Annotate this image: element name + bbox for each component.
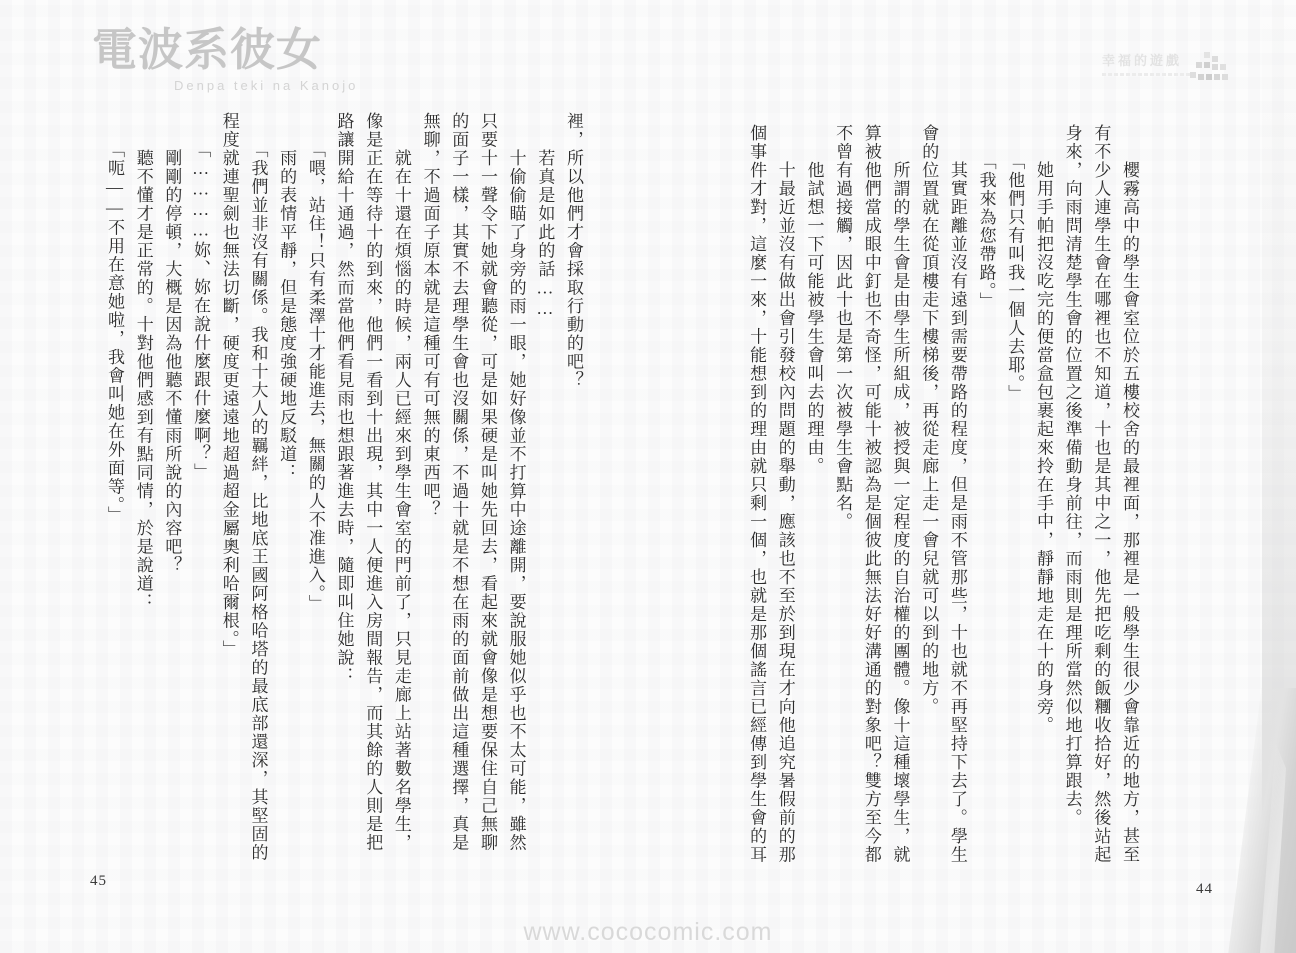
text-column: 會的位置就在從頂樓走下樓梯後，再從走廊上走一會兒就可以到的地方。	[920, 124, 937, 872]
scan-corner-highlight	[1260, 743, 1286, 953]
pixel-blocks-icon	[1190, 52, 1230, 90]
chapter-header: 幸福的遊戲	[1102, 50, 1242, 76]
text-column: 「他們只有叫我一個人去耶。」	[1006, 124, 1023, 872]
series-logo-title: 電波系彼女	[92, 26, 358, 76]
text-column: 路讓開給十通過，然而當他們看見雨也想跟著進去時，隨即叫住她說：	[336, 112, 353, 870]
text-column: 所謂的學生會是由學生所組成，被授與一定程度的自治權的團體。像十這種壞學生，就	[892, 124, 909, 872]
text-column: 只要十一聲令下她就會聽從，可是如果硬是叫她先回去，看起來就會像是想要保住自己無聊	[479, 112, 496, 870]
text-column: 剛剛的停頓，大概是因為他聽不懂雨所說的內容吧？	[163, 112, 180, 870]
text-column: 十偷偷瞄了身旁的雨一眼，她好像並不打算中途離開，要說服她似乎也不太可能，雖然	[508, 112, 525, 870]
text-column: 程度就連聖劍也無法切斷，硬度更遠遠地超過超金屬奧利哈爾根。」	[221, 112, 238, 870]
text-column: 她用手帕把沒吃完的便當盒包裹起來拎在手中，靜靜地走在十的身旁。	[1035, 124, 1052, 872]
text-column: 算被他們當成眼中釘也不奇怪，可能十被認為是個彼此無法好好溝通的對象吧？雙方至今都	[863, 124, 880, 872]
scan-edge-shadow	[1262, 0, 1296, 953]
page-right-text: 櫻霧高中的學生會室位於五樓校舍的最裡面，那裡是一般學生很少會靠近的地方，甚至有不…	[735, 124, 1138, 872]
text-column: 若真是如此的話……	[536, 112, 553, 870]
watermark-url: www.cococomic.com	[524, 918, 773, 947]
book-spread-scan: 電波系彼女 Denpa teki na Kanojo 幸福的遊戲 櫻霧高中的學生…	[0, 0, 1296, 953]
text-column: 不曾有過接觸，因此十也是第一次被學生會點名。	[834, 124, 851, 872]
text-column: 聽不懂才是正常的。十對他們感到有點同情，於是說道：	[135, 112, 152, 870]
text-column: 「我們並非沒有關係。我和十大人的羈絆，比地底王國阿格哈塔的最底部還深，其堅固的	[249, 112, 266, 870]
page-number-right: 44	[1196, 881, 1213, 898]
series-logo: 電波系彼女 Denpa teki na Kanojo	[92, 26, 358, 93]
text-column: 身來，向雨問清楚學生會的位置之後準備動身前往，而雨則是理所當然似地打算跟去。	[1064, 124, 1081, 872]
text-column: 的面子一樣，其實不去理學生會也沒關係，不過十就是不想在雨的面前做出這種選擇，真是	[450, 112, 467, 870]
text-column: 十最近並沒有做出會引發校內問題的舉動，應該也不至於到現在才向他追究暑假前的那	[777, 124, 794, 872]
text-column: 就在十還在煩惱的時候，兩人已經來到學生會室的門前了，只見走廊上站著數名學生，	[393, 112, 410, 870]
text-column: 櫻霧高中的學生會室位於五樓校舍的最裡面，那裡是一般學生很少會靠近的地方，甚至	[1121, 124, 1138, 872]
text-column: 裡，所以他們才會採取行動的吧？	[565, 112, 582, 870]
text-column: 無聊，不過面子原本就是這種可有可無的東西吧？	[422, 112, 439, 870]
text-column: 「呃——不用在意她啦，我會叫她在外面等。」	[106, 112, 123, 870]
text-column: 「…………妳、妳在說什麼跟什麼啊？」	[192, 112, 209, 870]
text-column: 有不少人連學生會在哪裡也不知道，十也是其中之一，他先把吃剩的飯糰收拾好，然後站起	[1092, 124, 1109, 872]
scan-corner-shadow	[1224, 688, 1296, 953]
text-column: 「我來為您帶路。」	[978, 124, 995, 872]
page-number-left: 45	[90, 873, 107, 890]
text-column: 個事件才對，這麼一來，十能想到的理由就只剩一個，也就是那個謠言已經傳到學生會的耳	[748, 124, 765, 872]
text-column: 像是正在等待十的到來，他們一看到十出現，其中一人便進入房間報告，而其餘的人則是把	[364, 112, 381, 870]
text-column: 「喂，站住！只有柔澤十才能進去，無關的人不准進入。」	[307, 112, 324, 870]
text-column: 其實距離並沒有遠到需要帶路的程度，但是雨不管那些，十也就不再堅持下去了。學生	[949, 124, 966, 872]
page-left-text: 裡，所以他們才會採取行動的吧？ 若真是如此的話…… 十偷偷瞄了身旁的雨一眼，她好…	[93, 112, 582, 870]
chapter-subtext-line	[1102, 73, 1194, 76]
series-logo-subtitle: Denpa teki na Kanojo	[174, 78, 358, 93]
text-column: 雨的表情平靜，但是態度強硬地反駁道：	[278, 112, 295, 870]
text-column: 他試想一下可能被學生會叫去的理由。	[805, 124, 822, 872]
